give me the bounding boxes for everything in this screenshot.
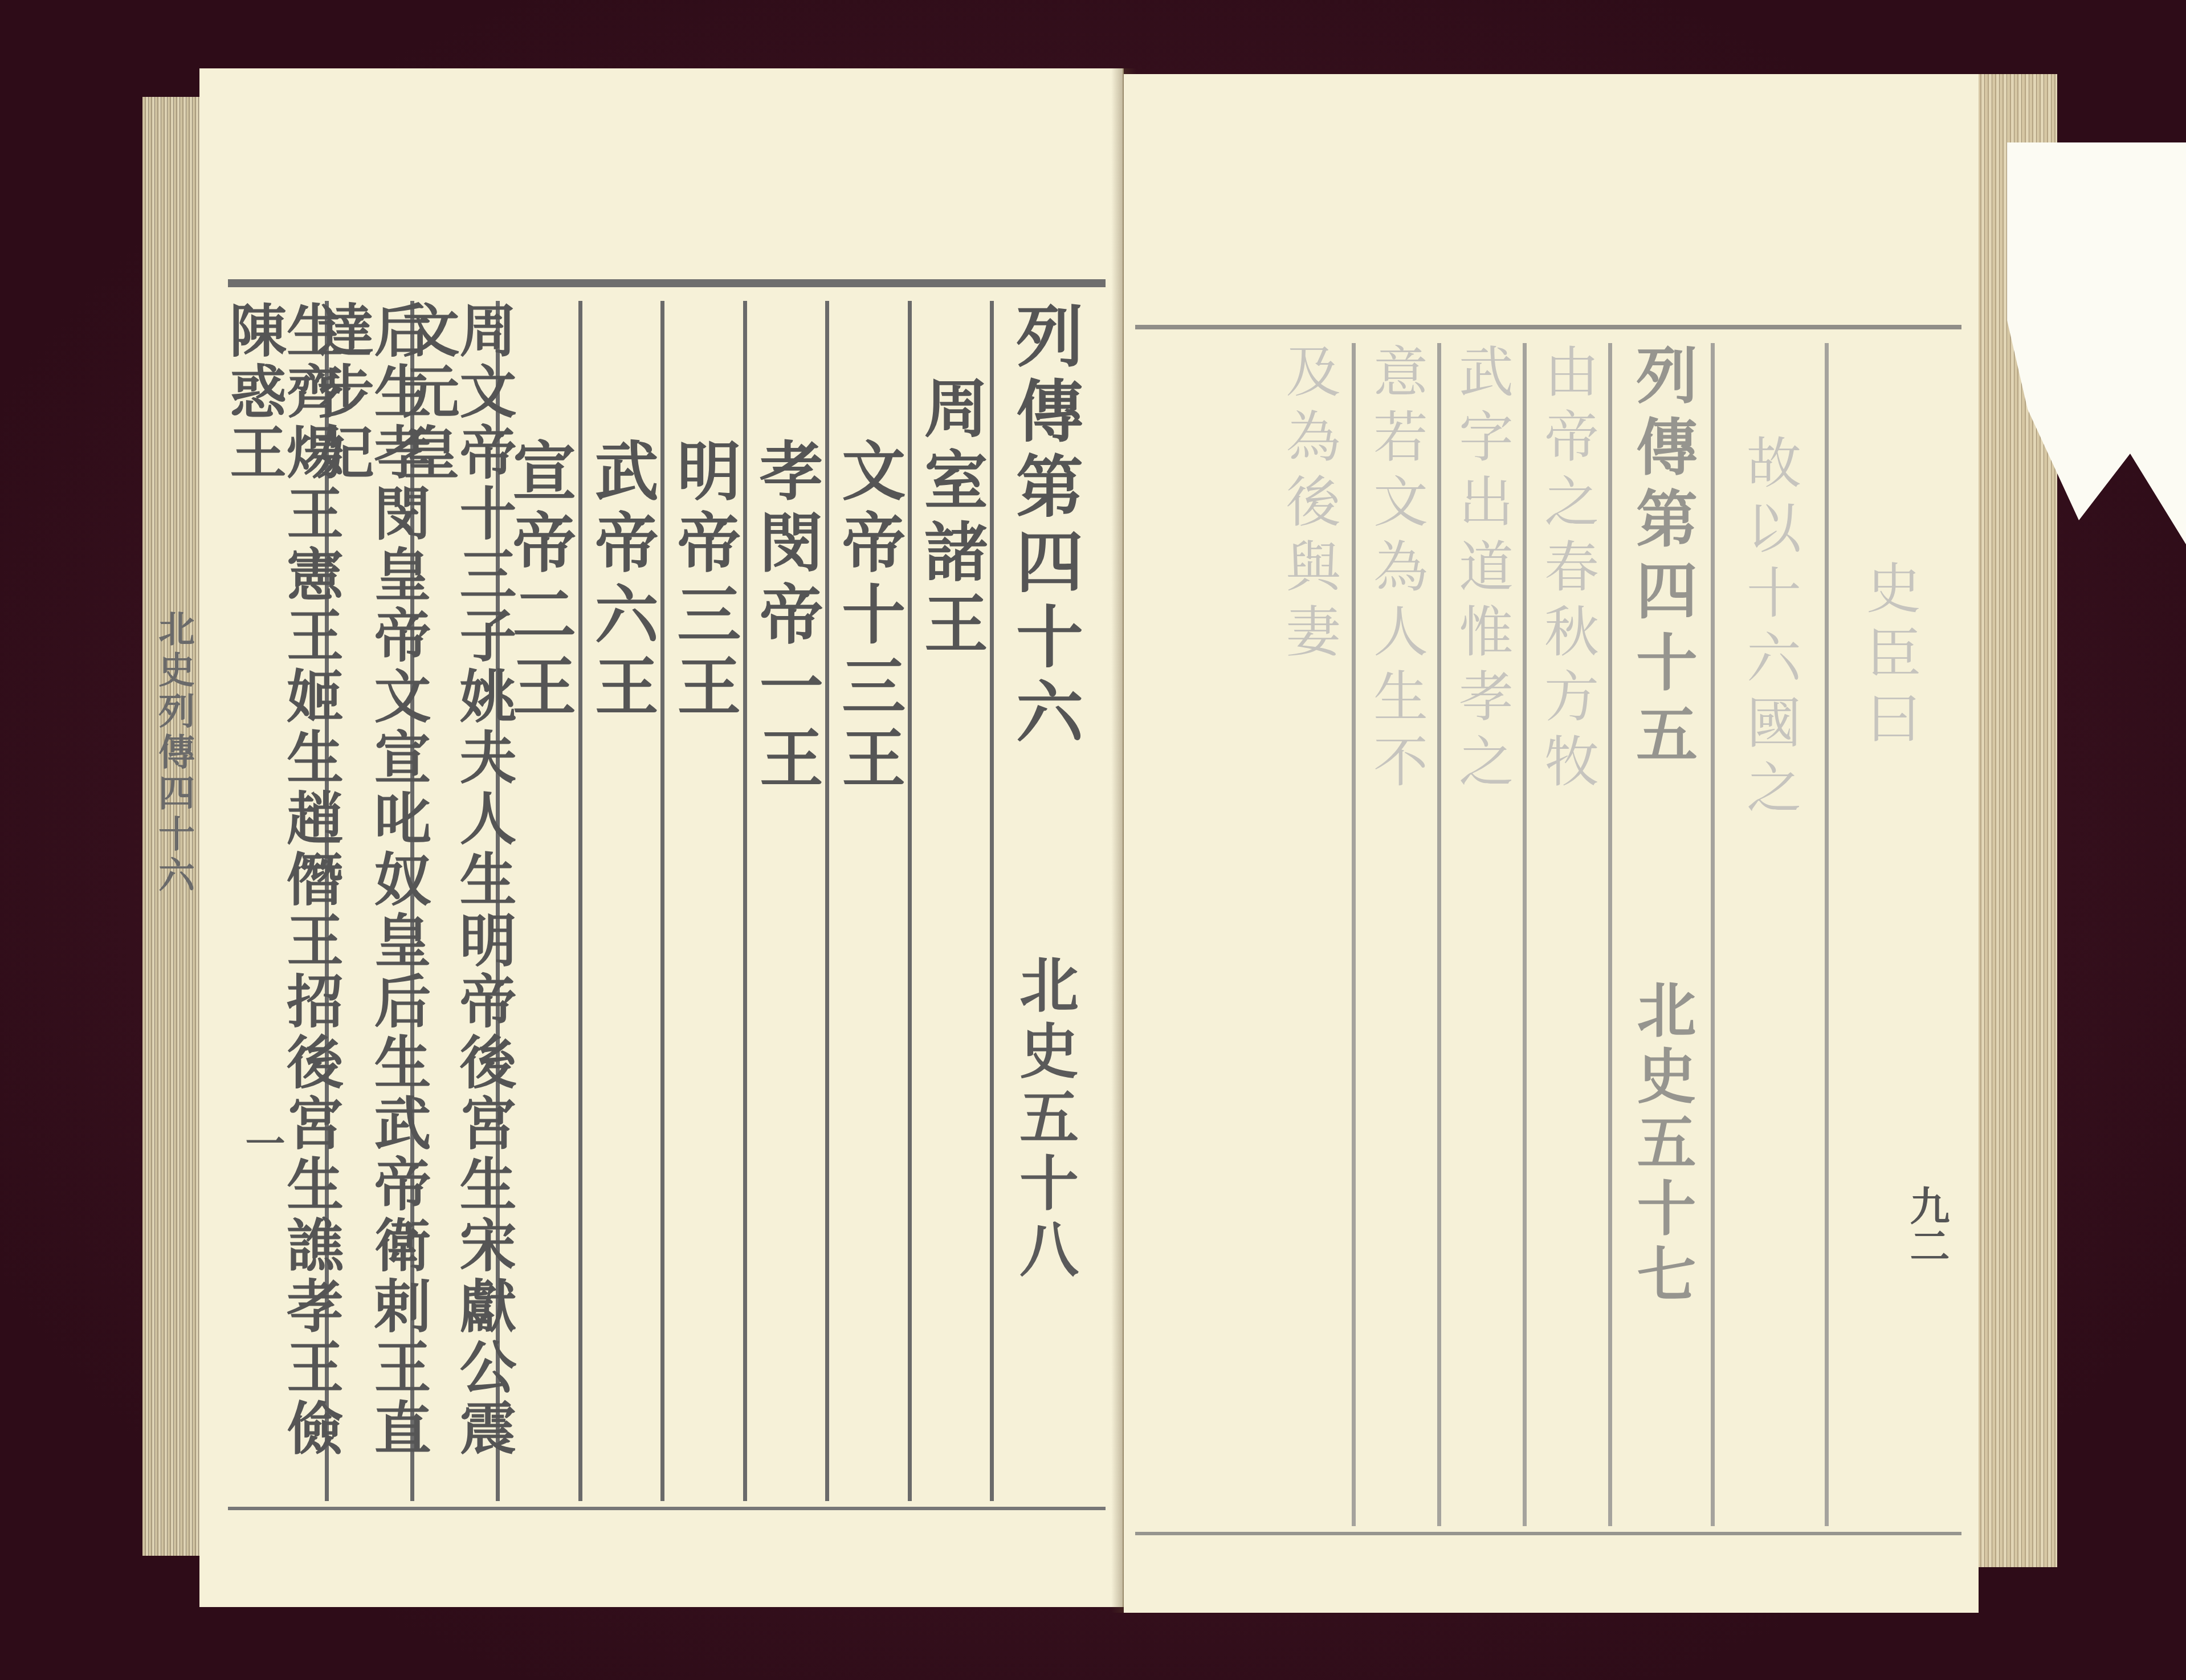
column-faded-2: 故以十六國之	[1711, 343, 1825, 1526]
section-heading: 周室諸王	[919, 375, 982, 662]
left-page-edge-stack: 北史列傳四十六	[142, 97, 205, 1556]
column-contents-1: 文帝十三王	[825, 301, 908, 1501]
right-page: 史臣曰 故以十六國之 列傳第四十五 北史五十七 由帝之春秋方牧 武字出道惟孝之 …	[1124, 74, 1979, 1613]
column-contents-2: 孝閔帝一王	[743, 301, 826, 1501]
folio-mark: 九二	[1898, 1185, 1956, 1265]
column-faded-4: 武字出道惟孝之	[1437, 343, 1523, 1526]
column-faded-1: 史臣曰	[1825, 343, 1950, 1526]
faded-text: 武字出道惟孝之	[1455, 343, 1510, 798]
book-label: 北史五十八	[1001, 954, 1087, 1285]
column-body-3: 生齊煬王憲王姬生趙僭王招後宮生譙孝王儉陳惑王	[239, 301, 325, 1501]
faded-text: 史臣曰	[1862, 560, 1917, 755]
text-columns: 史臣曰 故以十六國之 列傳第四十五 北史五十七 由帝之春秋方牧 武字出道惟孝之 …	[1147, 343, 1950, 1526]
column-faded-6: 及為後與妻	[1266, 343, 1352, 1526]
faded-text: 由帝之春秋方牧	[1540, 343, 1595, 798]
column-contents-3: 明帝三王	[660, 301, 743, 1501]
contents-item: 明帝三王	[672, 438, 736, 725]
column-contents-4: 武帝六王	[578, 301, 661, 1501]
folio-mark: 一	[234, 1123, 291, 1163]
text-columns: 列傳第四十六 北史五十八 周室諸王 文帝十三王 孝閔帝一王 明帝三王 武帝六王	[239, 301, 1094, 1501]
contents-item: 文帝十三王	[837, 438, 900, 797]
open-book: 北史列傳四十六 列傳第四十六 北史五十八 周室諸王 文帝十三王 孝閔帝一王	[142, 68, 2057, 1618]
chapter-title: 列傳第四十六	[1010, 301, 1078, 752]
column-faded-5: 意若文為人生不	[1352, 343, 1437, 1526]
body-text: 生齊煬王憲王姬生趙僭王招後宮生譙孝王儉陳惑王	[225, 301, 339, 1501]
column-faded-3: 由帝之春秋方牧	[1523, 343, 1608, 1526]
fore-edge-margin-note: 北史列傳四十六	[147, 610, 199, 897]
print-frame: 史臣曰 故以十六國之 列傳第四十五 北史五十七 由帝之春秋方牧 武字出道惟孝之 …	[1135, 325, 1961, 1535]
column-chapter-title: 列傳第四十五 北史五十七	[1608, 343, 1711, 1526]
column-chapter-title: 列傳第四十六 北史五十八	[990, 301, 1094, 1501]
contents-item: 武帝六王	[589, 438, 653, 725]
left-page: 列傳第四十六 北史五十八 周室諸王 文帝十三王 孝閔帝一王 明帝三王 武帝六王	[199, 68, 1124, 1607]
faded-text: 意若文為人生不	[1369, 343, 1424, 798]
contents-item: 孝閔帝一王	[754, 438, 818, 797]
faded-text: 故以十六國之	[1743, 434, 1797, 824]
column-section-heading: 周室諸王	[908, 301, 990, 1501]
book-label: 北史五十七	[1619, 979, 1704, 1310]
faded-text: 及為後與妻	[1282, 343, 1336, 668]
print-frame: 列傳第四十六 北史五十八 周室諸王 文帝十三王 孝閔帝一王 明帝三王 武帝六王	[228, 279, 1106, 1510]
chapter-title: 列傳第四十五	[1631, 343, 1692, 774]
